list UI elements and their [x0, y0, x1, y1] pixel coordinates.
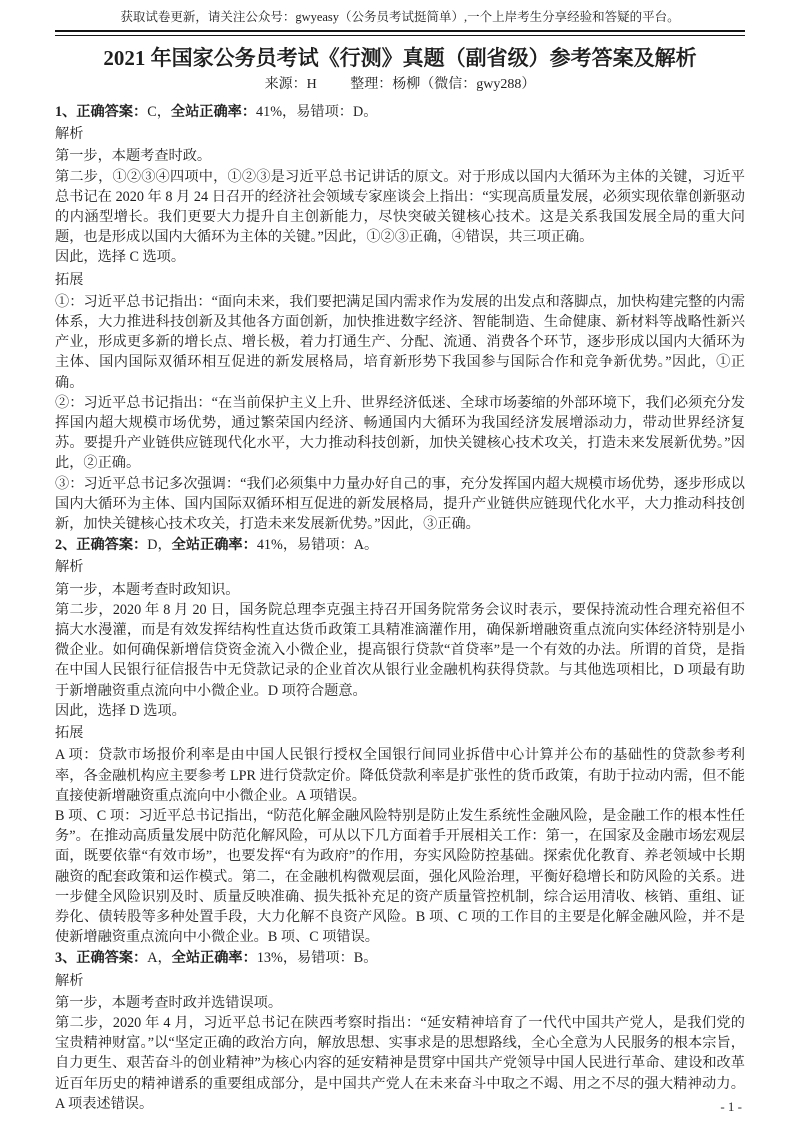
- answer-line-3: 3、正确答案：A，全站正确率：13%，易错项：B。: [55, 948, 745, 968]
- page-header: 获取试卷更新，请关注公众号：gwyeasy（公务员考试挺简单）,一个上岸考生分享…: [55, 9, 745, 36]
- analysis-paragraph: 第二步，2020 年 8 月 20 日，国务院总理李克强主持召开国务院常务会议时…: [55, 600, 745, 701]
- question-3: 3、正确答案：A，全站正确率：13%，易错项：B。 解析 第一步，本题考查时政并…: [55, 948, 745, 1114]
- question-1: 1、正确答案：C，全站正确率：41%，易错项：D。 解析 第一步，本题考查时政。…: [55, 102, 745, 534]
- analysis-paragraph: 第二步，2020 年 4 月，习近平总书记在陕西考察时指出：“延安精神培育了一代…: [55, 1013, 745, 1114]
- expand-heading: 拓展: [55, 723, 745, 743]
- analysis-heading: 解析: [55, 124, 745, 144]
- document-title: 2021 年国家公务员考试《行测》真题（副省级）参考答案及解析: [55, 45, 745, 71]
- answer-label: 1、正确答案：: [55, 104, 147, 120]
- header-divider: [55, 30, 745, 36]
- analysis-paragraph: 第一步，本题考查时政并选错误项。: [55, 993, 745, 1013]
- expand-paragraph: B 项、C 项：习近平总书记指出，“防范化解金融风险特别是防止发生系统性金融风险…: [55, 806, 745, 947]
- analysis-paragraph: 因此，选择 D 选项。: [55, 701, 745, 721]
- expand-paragraph: ①：习近平总书记指出：“面向未来，我们要把满足国内需求作为发展的出发点和落脚点，…: [55, 292, 745, 393]
- editor-label: 整理：杨柳（微信：gwy288）: [350, 77, 535, 92]
- analysis-heading: 解析: [55, 557, 745, 577]
- rate-value: 13%，易错项：B。: [257, 950, 378, 966]
- expand-heading: 拓展: [55, 270, 745, 290]
- analysis-heading: 解析: [55, 971, 745, 991]
- rate-label: 全站正确率：: [172, 537, 257, 553]
- rate-value: 41%，易错项：A。: [257, 537, 378, 553]
- page-footer: - 1 -: [720, 1099, 742, 1115]
- analysis-paragraph: 第一步，本题考查时政。: [55, 146, 745, 166]
- document-body: 1、正确答案：C，全站正确率：41%，易错项：D。 解析 第一步，本题考查时政。…: [55, 102, 745, 1114]
- rate-value: 41%，易错项：D。: [256, 104, 377, 120]
- answer-label: 3、正确答案：: [55, 950, 147, 966]
- header-notice: 获取试卷更新，请关注公众号：gwyeasy（公务员考试挺简单）,一个上岸考生分享…: [55, 9, 745, 26]
- analysis-paragraph: 第一步，本题考查时政知识。: [55, 580, 745, 600]
- answer-line-1: 1、正确答案：C，全站正确率：41%，易错项：D。: [55, 102, 745, 122]
- source-label: 来源：H: [265, 77, 317, 92]
- answer-label: 2、正确答案：: [55, 537, 147, 553]
- answer-value: A，: [147, 950, 171, 966]
- analysis-paragraph: 因此，选择 C 选项。: [55, 247, 745, 267]
- analysis-paragraph: 第二步，①②③④四项中，①②③是习近平总书记讲话的原文。对于形成以国内大循环为主…: [55, 167, 745, 248]
- answer-value: D，: [147, 537, 171, 553]
- question-2: 2、正确答案：D，全站正确率：41%，易错项：A。 解析 第一步，本题考查时政知…: [55, 535, 745, 947]
- rate-label: 全站正确率：: [172, 950, 257, 966]
- source-line: 来源：H 整理：杨柳（微信：gwy288）: [55, 75, 745, 94]
- expand-paragraph: A 项：贷款市场报价利率是由中国人民银行授权全国银行间同业拆借中心计算并公布的基…: [55, 745, 745, 806]
- document-page: 获取试卷更新，请关注公众号：gwyeasy（公务员考试挺简单）,一个上岸考生分享…: [0, 0, 800, 1131]
- expand-paragraph: ③：习近平总书记多次强调：“我们必须集中力量办好自己的事，充分发挥国内超大规模市…: [55, 474, 745, 535]
- expand-paragraph: ②：习近平总书记指出：“在当前保护主义上升、世界经济低迷、全球市场萎缩的外部环境…: [55, 393, 745, 474]
- answer-value: C，: [147, 104, 171, 120]
- rate-label: 全站正确率：: [171, 104, 256, 120]
- answer-line-2: 2、正确答案：D，全站正确率：41%，易错项：A。: [55, 535, 745, 555]
- page-number: - 1 -: [720, 1099, 742, 1114]
